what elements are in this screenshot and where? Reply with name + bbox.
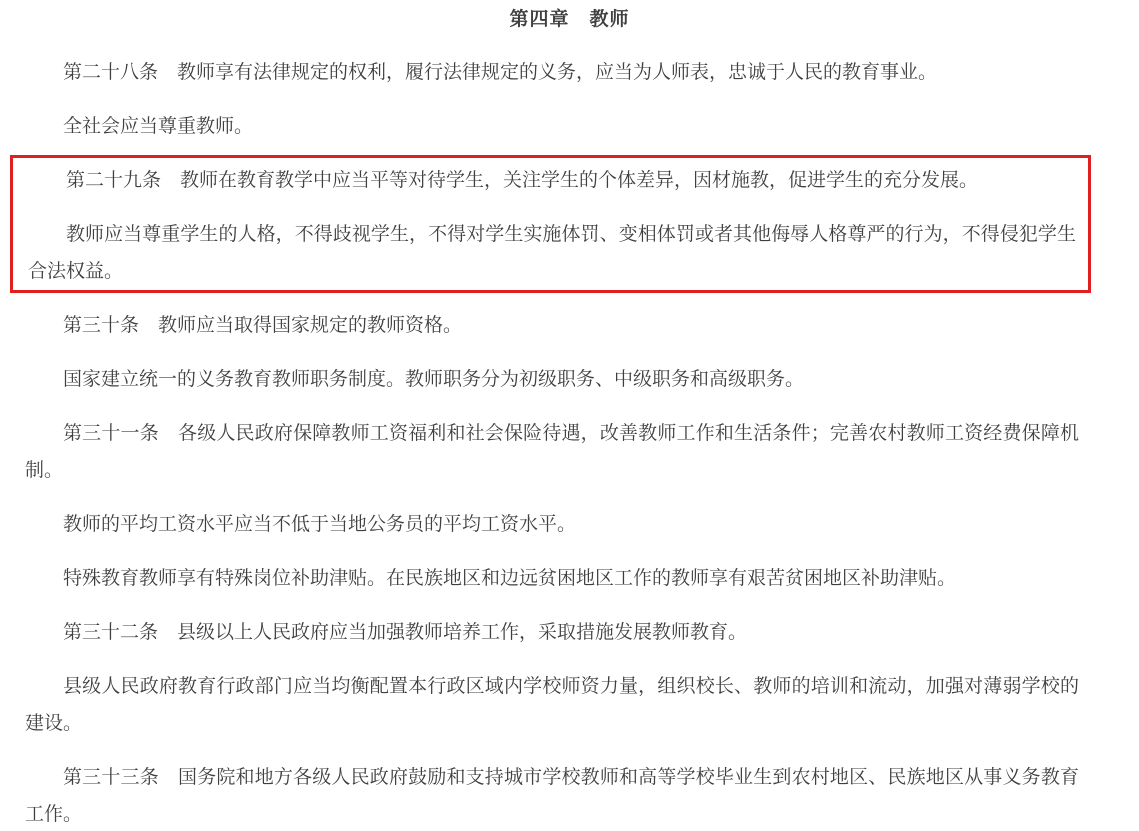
paragraph: 教师的平均工资水平应当不低于当地公务员的平均工资水平。	[25, 506, 1079, 543]
paragraph: 第三十二条 县级以上人民政府应当加强教师培养工作，采取措施发展教师教育。	[25, 614, 1079, 651]
highlighted-paragraph: 第二十九条 教师在教育教学中应当平等对待学生，关注学生的个体差异，因材施教，促进…	[28, 162, 1076, 199]
paragraph: 第二十八条 教师享有法律规定的权利，履行法律规定的义务，应当为人师表，忠诚于人民…	[25, 54, 1079, 91]
paragraph: 县级人民政府教育行政部门应当均衡配置本行政区域内学校师资力量，组织校长、教师的培…	[25, 668, 1079, 742]
highlight-box: 第二十九条 教师在教育教学中应当平等对待学生，关注学生的个体差异，因材施教，促进…	[10, 155, 1091, 293]
chapter-title: 第四章 教师	[0, 0, 1139, 34]
paragraph: 特殊教育教师享有特殊岗位补助津贴。在民族地区和边远贫困地区工作的教师享有艰苦贫困…	[25, 560, 1079, 597]
paragraph: 第三十条 教师应当取得国家规定的教师资格。	[25, 307, 1079, 344]
document-content: 第二十八条 教师享有法律规定的权利，履行法律规定的义务，应当为人师表，忠诚于人民…	[0, 54, 1139, 831]
paragraph: 国家建立统一的义务教育教师职务制度。教师职务分为初级职务、中级职务和高级职务。	[25, 361, 1079, 398]
paragraph: 第三十三条 国务院和地方各级人民政府鼓励和支持城市学校教师和高等学校毕业生到农村…	[25, 759, 1079, 831]
document-page: 第四章 教师 第二十八条 教师享有法律规定的权利，履行法律规定的义务，应当为人师…	[0, 0, 1139, 831]
paragraph: 第三十一条 各级人民政府保障教师工资福利和社会保险待遇，改善教师工作和生活条件；…	[25, 415, 1079, 489]
paragraph: 全社会应当尊重教师。	[25, 108, 1079, 145]
highlighted-paragraph: 教师应当尊重学生的人格，不得歧视学生，不得对学生实施体罚、变相体罚或者其他侮辱人…	[28, 216, 1076, 290]
